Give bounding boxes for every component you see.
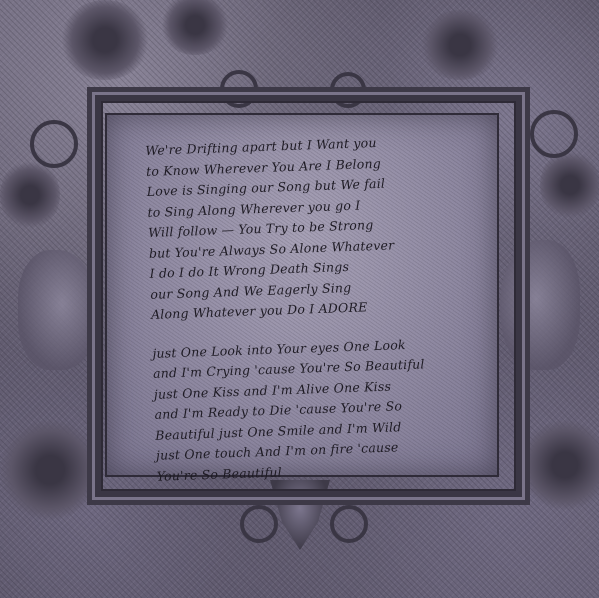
flower-ornament-top-left	[60, 0, 150, 80]
scroll-ornament	[30, 120, 78, 168]
carved-face-left	[18, 250, 98, 370]
scroll-ornament	[330, 505, 368, 543]
flower-ornament-right	[540, 150, 599, 220]
scroll-ornament	[240, 505, 278, 543]
scroll-ornament	[530, 110, 578, 158]
handwritten-lyrics: We're Drifting apart but I Want you to K…	[145, 129, 487, 486]
album-artwork: We're Drifting apart but I Want you to K…	[0, 0, 599, 598]
flower-ornament-top-right	[420, 10, 500, 80]
flower-ornament-bottom-left	[0, 420, 100, 520]
flower-ornament-left	[0, 160, 60, 230]
